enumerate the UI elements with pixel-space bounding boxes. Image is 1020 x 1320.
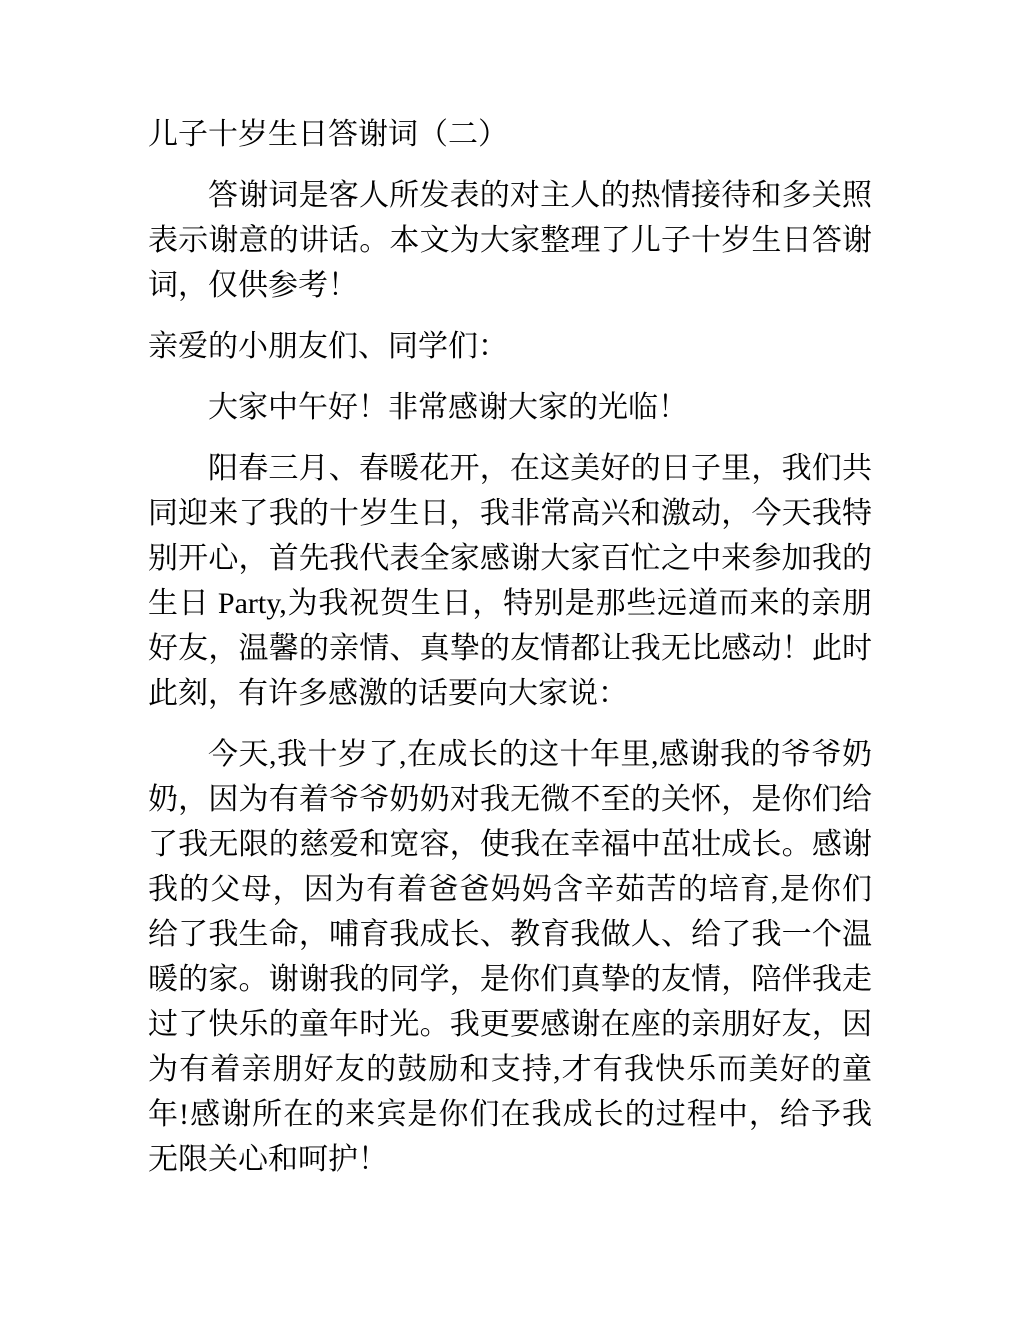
salutation-line: 亲爱的小朋友们、同学们： (148, 324, 872, 369)
document-content: 儿子十岁生日答谢词（二） 答谢词是客人所发表的对主人的热情接待和多关照表示谢意的… (148, 112, 872, 1198)
document-page: 儿子十岁生日答谢词（二） 答谢词是客人所发表的对主人的热情接待和多关照表示谢意的… (0, 0, 1020, 1320)
body-paragraph-2: 今天,我十岁了,在成长的这十年里,感谢我的爷爷奶奶，因为有着爷爷奶奶对我无微不至… (148, 732, 872, 1182)
document-title: 儿子十岁生日答谢词（二） (148, 112, 872, 157)
greeting-line: 大家中午好！非常感谢大家的光临！ (148, 385, 872, 430)
body-paragraph-1: 阳春三月、春暖花开，在这美好的日子里，我们共同迎来了我的十岁生日，我非常高兴和激… (148, 446, 872, 716)
intro-paragraph: 答谢词是客人所发表的对主人的热情接待和多关照表示谢意的讲话。本文为大家整理了儿子… (148, 173, 872, 308)
